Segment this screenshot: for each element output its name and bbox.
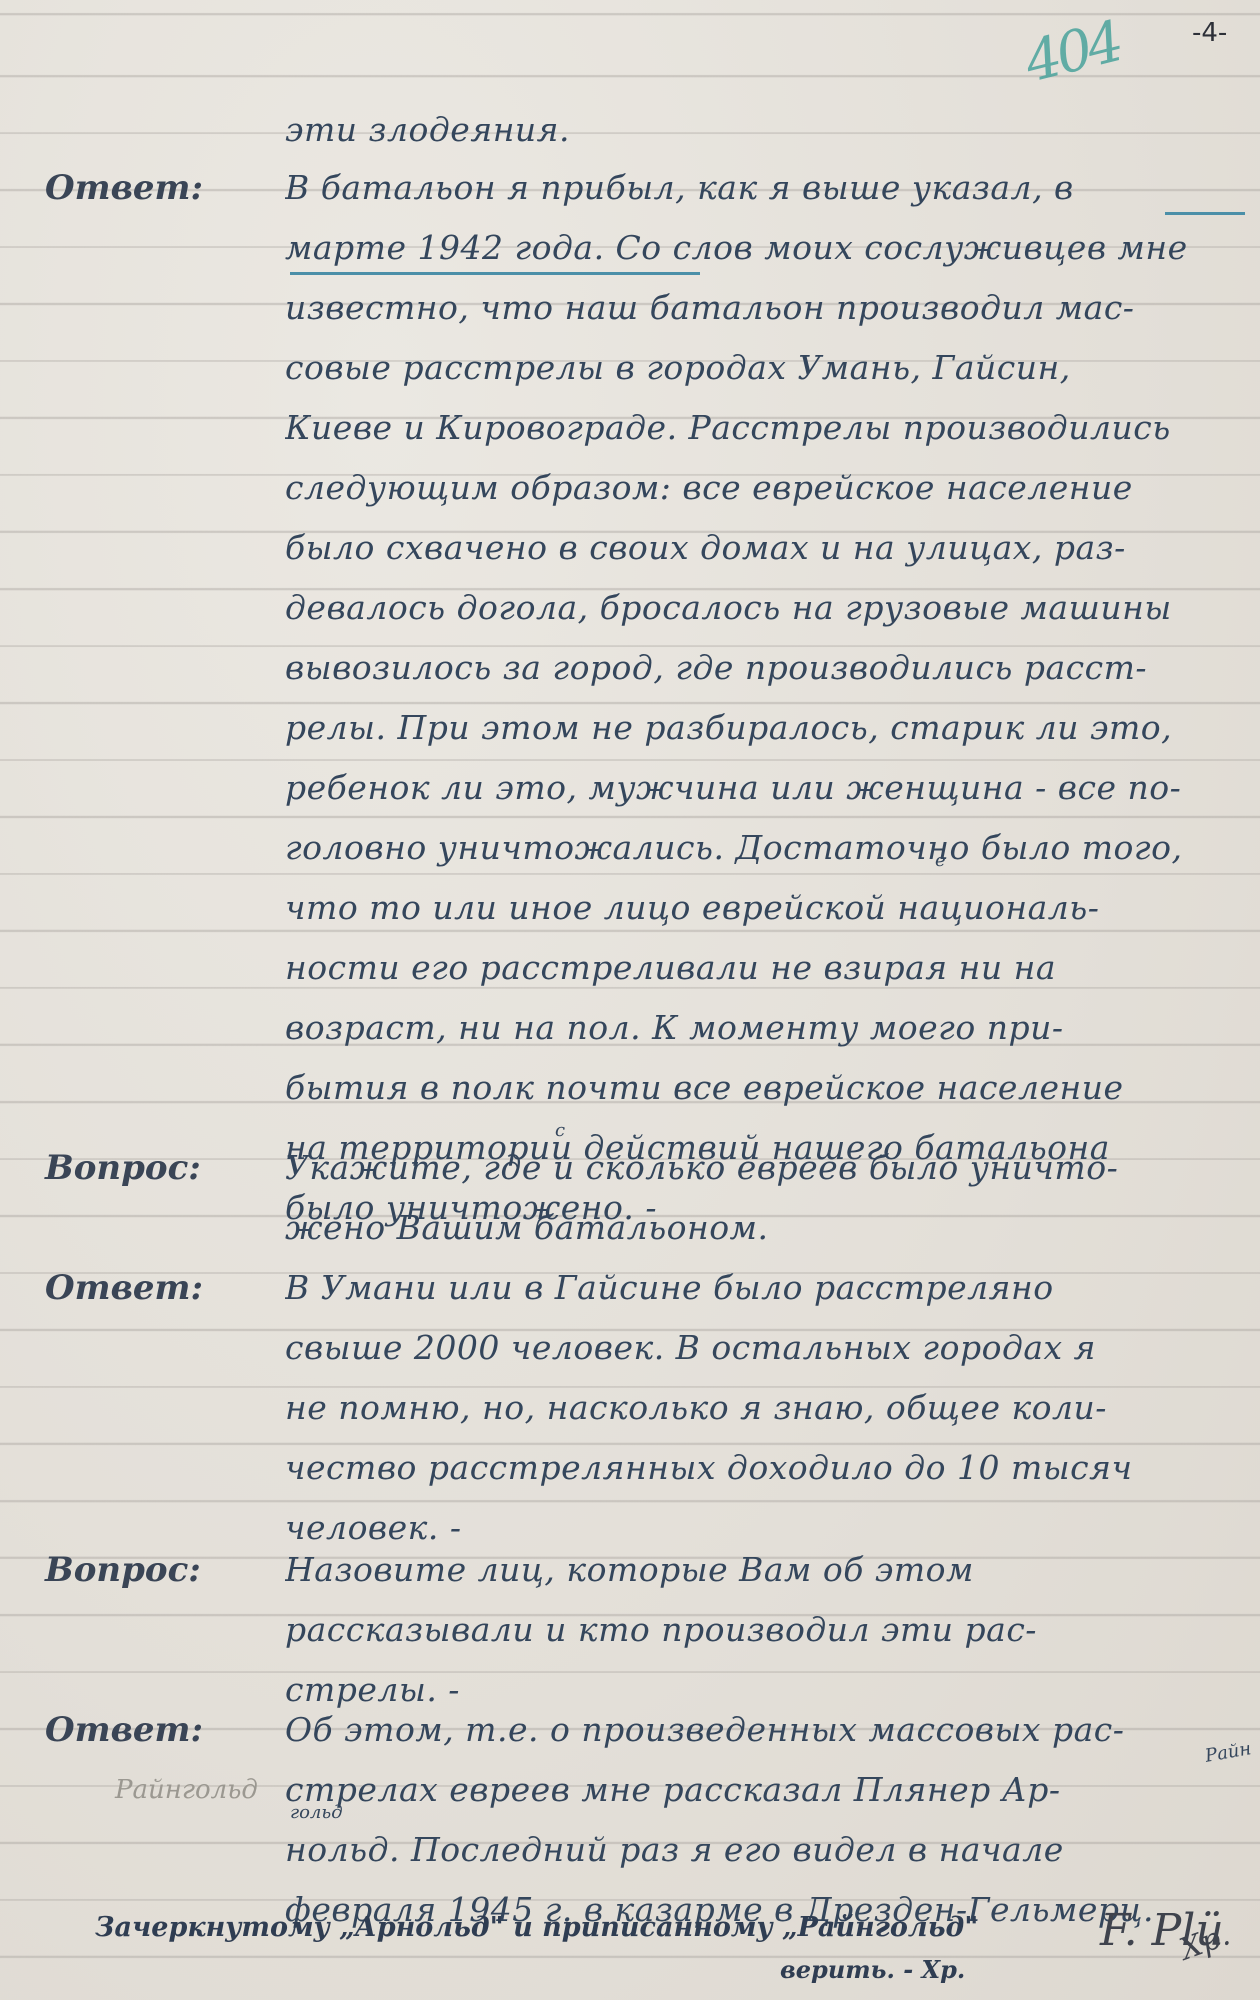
pencil-margin-note: Райнгольд bbox=[115, 1775, 258, 1805]
text-line: известно, что наш батальон производил ма… bbox=[285, 278, 1245, 338]
text-line: В батальон я прибыл, как я выше указал, … bbox=[285, 158, 1245, 218]
blue-pencil-underline bbox=[290, 272, 700, 275]
text-line: чество расстрелянных доходило до 10 тыся… bbox=[285, 1438, 1245, 1498]
question-label: Вопрос: bbox=[45, 1550, 255, 1590]
text-line: что то или иное лицо еврейской националь… bbox=[285, 878, 1245, 938]
answer-label: Ответ: bbox=[45, 1268, 255, 1308]
text-line: совые расстрелы в городах Умань, Гайсин, bbox=[285, 338, 1245, 398]
section-text: Об этом, т.е. о произведенных массовых р… bbox=[285, 1700, 1245, 1940]
answer-label: Ответ: bbox=[45, 168, 255, 208]
text-line: головно уничтожались. Достаточно было то… bbox=[285, 818, 1245, 878]
text-line: свыше 2000 человек. В остальных городах … bbox=[285, 1318, 1245, 1378]
text-line: вывозилось за город, где производились р… bbox=[285, 638, 1245, 698]
text-line: жено Вашим батальоном. bbox=[285, 1198, 1245, 1258]
answer-label: Ответ: bbox=[45, 1710, 255, 1750]
text-line: следующим образом: все еврейское населен… bbox=[285, 458, 1245, 518]
text-line: ребенок ли это, мужчина или женщина - вс… bbox=[285, 758, 1245, 818]
text-line: стрелах евреев мне рассказал Плянер Ар- bbox=[285, 1760, 1245, 1820]
correction-note: Зачеркнутому „Арнольд" и приписанному „Р… bbox=[95, 1912, 978, 1943]
text-line: Назовите лиц, которые Вам об этом bbox=[285, 1540, 1245, 1600]
text-line: ности его расстреливали не взирая ни на bbox=[285, 938, 1245, 998]
page-number: -4- bbox=[1192, 18, 1227, 48]
question-label: Вопрос: bbox=[45, 1148, 255, 1188]
text-line: рассказывали и кто производил эти рас- bbox=[285, 1600, 1245, 1660]
archive-number-stamp: 404 bbox=[1019, 9, 1127, 95]
text-line: эти злодеяния. bbox=[285, 100, 1245, 160]
inserted-letter: с bbox=[555, 1120, 565, 1141]
text-line: Киеве и Кировограде. Расстрелы производи… bbox=[285, 398, 1245, 458]
text-line: было схвачено в своих домах и на улицах,… bbox=[285, 518, 1245, 578]
blue-pencil-underline bbox=[1165, 212, 1245, 215]
text-line: релы. При этом не разбиралось, старик ли… bbox=[285, 698, 1245, 758]
section-text: В Умани или в Гайсине было расстреляно с… bbox=[285, 1258, 1245, 1558]
section-text: В батальон я прибыл, как я выше указал, … bbox=[285, 158, 1245, 1238]
text-line: возраст, ни на пол. К моменту моего при- bbox=[285, 998, 1245, 1058]
text-line: девалось догола, бросалось на грузовые м… bbox=[285, 578, 1245, 638]
inserted-correction: гольд bbox=[290, 1802, 343, 1823]
text-line: Об этом, т.е. о произведенных массовых р… bbox=[285, 1700, 1245, 1760]
text-line: нольд. Последний раз я его видел в начал… bbox=[285, 1820, 1245, 1880]
correction-note-confirmation: верить. - Хр. bbox=[780, 1955, 965, 1984]
text-line: не помню, но, насколько я знаю, общее ко… bbox=[285, 1378, 1245, 1438]
text-line: марте 1942 года. Со слов моих сослуживце… bbox=[285, 218, 1245, 278]
text-line: В Умани или в Гайсине было расстреляно bbox=[285, 1258, 1245, 1318]
document-page: 404 -4- эти злодеяния. Ответ: В батальон… bbox=[0, 0, 1260, 2000]
section-text: Укажите, где и сколько евреев было уничт… bbox=[285, 1138, 1245, 1258]
section-text: эти злодеяния. bbox=[285, 100, 1245, 160]
inserted-letter: е bbox=[935, 850, 946, 871]
section-text: Назовите лиц, которые Вам об этом расска… bbox=[285, 1540, 1245, 1720]
text-line: Укажите, где и сколько евреев было уничт… bbox=[285, 1138, 1245, 1198]
text-line: бытия в полк почти все еврейское населен… bbox=[285, 1058, 1245, 1118]
